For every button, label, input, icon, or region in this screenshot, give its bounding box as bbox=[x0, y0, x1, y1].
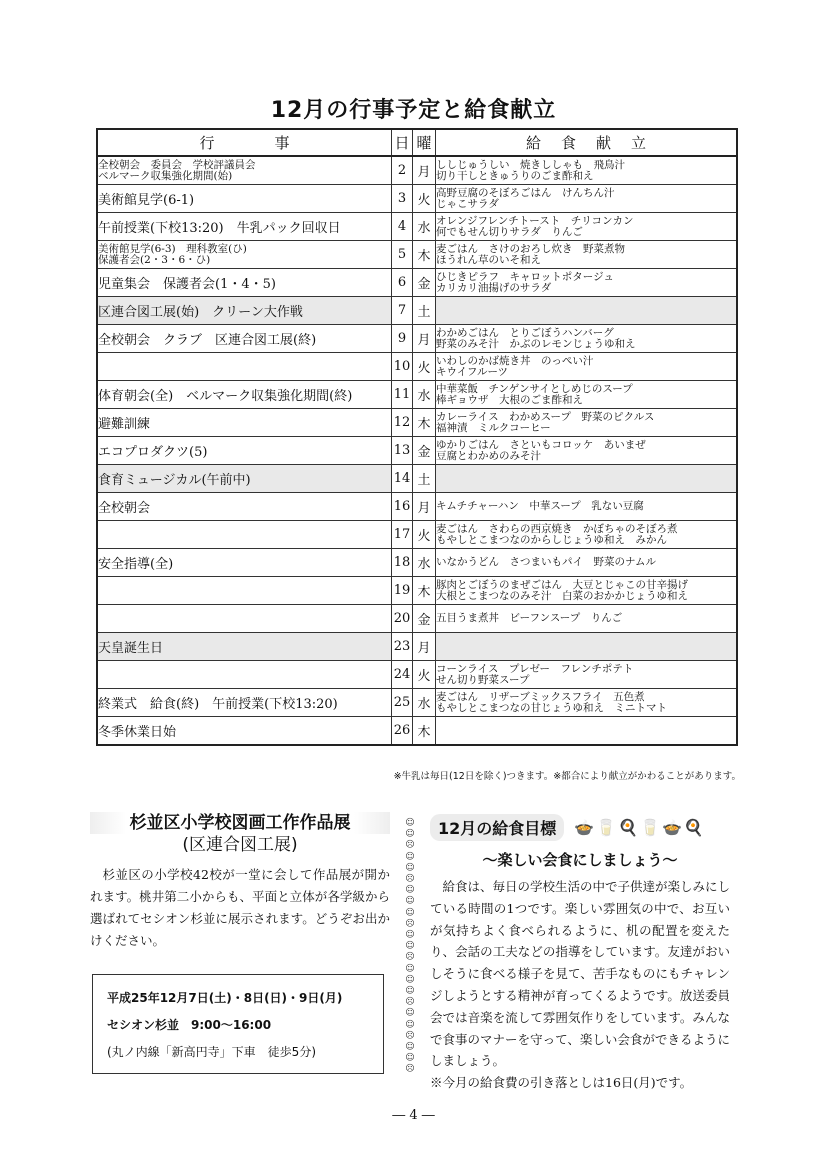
event-cell: 児童集会 保護者会(1・4・5) bbox=[97, 269, 392, 297]
day-cell: 16 bbox=[392, 493, 413, 521]
weekday-cell: 月 bbox=[413, 493, 436, 521]
table-row: 区連合図工展(始) クリーン大作戦7土 bbox=[97, 297, 737, 325]
table-row: 冬季休業日始26木 bbox=[97, 717, 737, 746]
food-icons: 🍲🥛🍳🥛🍲🍳 bbox=[574, 818, 706, 837]
day-cell: 6 bbox=[392, 269, 413, 297]
lunch-fee-note: ※今月の給食費の引き落としは16日(月)です。 bbox=[430, 1072, 730, 1094]
schedule-body: 全校朝会 委員会 学校評議員会 ベルマーク収集強化期間(始)2月ししじゅうしい … bbox=[97, 156, 737, 745]
page-title: 12月の行事予定と給食献立 bbox=[0, 93, 827, 124]
day-cell: 2 bbox=[392, 156, 413, 185]
event-cell: 避難訓練 bbox=[97, 409, 392, 437]
menu-cell: オレンジフレンチトースト チリコンカン 何でもせん切りサラダ りんご bbox=[436, 213, 738, 241]
event-cell bbox=[97, 577, 392, 605]
event-cell: 食育ミュージカル(午前中) bbox=[97, 465, 392, 493]
menu-cell: キムチチャーハン 中華スープ 乳ない豆腐 bbox=[436, 493, 738, 521]
table-row: 食育ミュージカル(午前中)14土 bbox=[97, 465, 737, 493]
event-cell: 安全指導(全) bbox=[97, 549, 392, 577]
menu-cell: ひじきピラフ キャロットポタージュ カリカリ油揚げのサラダ bbox=[436, 269, 738, 297]
menu-cell: いなかうどん さつまいもパイ 野菜のナムル bbox=[436, 549, 738, 577]
event-cell: 美術館見学(6-1) bbox=[97, 185, 392, 213]
event-cell: 終業式 給食(終) 午前授業(下校13:20) bbox=[97, 689, 392, 717]
day-cell: 26 bbox=[392, 717, 413, 746]
lunch-goal-title: 12月の給食目標 bbox=[430, 814, 564, 841]
day-cell: 13 bbox=[392, 437, 413, 465]
exhibition-venue-time: セシオン杉並 9:00～16:00 bbox=[107, 1012, 383, 1039]
table-header-row: 行事 日 曜 給食献立 bbox=[97, 129, 737, 156]
menu-cell: いわしのかば焼き丼 のっぺい汁 キウイフルーツ bbox=[436, 353, 738, 381]
exhibition-date: 平成25年12月7日(土)・8日(日)・9日(月) bbox=[107, 985, 383, 1012]
table-row: 避難訓練12木カレーライス わかめスープ 野菜のピクルス 福神漬 ミルクコーヒー bbox=[97, 409, 737, 437]
header-event: 行事 bbox=[97, 129, 392, 156]
weekday-cell: 木 bbox=[413, 717, 436, 746]
table-row: 午前授業(下校13:20) 牛乳パック回収日4水オレンジフレンチトースト チリコ… bbox=[97, 213, 737, 241]
table-row: 全校朝会16月キムチチャーハン 中華スープ 乳ない豆腐 bbox=[97, 493, 737, 521]
day-cell: 24 bbox=[392, 661, 413, 689]
event-cell bbox=[97, 353, 392, 381]
menu-cell: コーンライス プレゼー フレンチポテト せん切り野菜スープ bbox=[436, 661, 738, 689]
menu-cell: 麦ごはん さけのおろし炊き 野菜煮物 ほうれん草のいそ和え bbox=[436, 241, 738, 269]
day-cell: 17 bbox=[392, 521, 413, 549]
table-row: 17火麦ごはん さわらの西京焼き かぼちゃのそぼろ煮 もやしとこまつなのからしじ… bbox=[97, 521, 737, 549]
table-row: 10火いわしのかば焼き丼 のっぺい汁 キウイフルーツ bbox=[97, 353, 737, 381]
menu-cell: ししじゅうしい 焼きししゃも 飛鳥汁 切り干しときゅうりのごま酢和え bbox=[436, 156, 738, 185]
weekday-cell: 土 bbox=[413, 297, 436, 325]
header-menu: 給食献立 bbox=[436, 129, 738, 156]
menu-cell: 麦ごはん さわらの西京焼き かぼちゃのそぼろ煮 もやしとこまつなのからしじょうゆ… bbox=[436, 521, 738, 549]
menu-cell: カレーライス わかめスープ 野菜のピクルス 福神漬 ミルクコーヒー bbox=[436, 409, 738, 437]
day-cell: 23 bbox=[392, 633, 413, 661]
event-cell: 全校朝会 bbox=[97, 493, 392, 521]
day-cell: 5 bbox=[392, 241, 413, 269]
day-cell: 10 bbox=[392, 353, 413, 381]
menu-cell: 豚肉とごぼうのまぜごはん 大豆とじゃこの甘辛揚げ 大根とこまつなのみそ汁 白菜の… bbox=[436, 577, 738, 605]
table-row: 19木豚肉とごぼうのまぜごはん 大豆とじゃこの甘辛揚げ 大根とこまつなのみそ汁 … bbox=[97, 577, 737, 605]
weekday-cell: 月 bbox=[413, 156, 436, 185]
menu-cell bbox=[436, 717, 738, 746]
event-cell: 天皇誕生日 bbox=[97, 633, 392, 661]
schedule-table: 行事 日 曜 給食献立 全校朝会 委員会 学校評議員会 ベルマーク収集強化期間(… bbox=[96, 128, 738, 746]
lunch-goal-subtitle: ～楽しい会食にしましょう～ bbox=[430, 849, 730, 870]
table-row: エコプロダクツ(5)13金ゆかりごはん さといもコロッケ あいまぜ 豆腐とわかめ… bbox=[97, 437, 737, 465]
smiley-divider-icon: ☺☺☹☺☺☹☺☺☺☹☺☺☹☺☺☺☹☺☺☹☺☺☹ bbox=[404, 818, 416, 1076]
weekday-cell: 水 bbox=[413, 689, 436, 717]
exhibition-title: 杉並区小学校図画工作作品展 bbox=[90, 812, 390, 834]
menu-cell: 五目うま煮丼 ビーフンスープ りんご bbox=[436, 605, 738, 633]
day-cell: 25 bbox=[392, 689, 413, 717]
day-cell: 9 bbox=[392, 325, 413, 353]
exhibition-body: 杉並区の小学校42校が一堂に会して作品展が開かれます。桃井第二小からも、平面と立… bbox=[90, 864, 390, 952]
menu-cell: 中華菜飯 チンゲンサイとしめじのスープ 棒ギョウザ 大根のごま酢和え bbox=[436, 381, 738, 409]
exhibition-subtitle: (区連合図工展) bbox=[90, 834, 390, 856]
weekday-cell: 月 bbox=[413, 325, 436, 353]
weekday-cell: 金 bbox=[413, 269, 436, 297]
day-cell: 19 bbox=[392, 577, 413, 605]
weekday-cell: 水 bbox=[413, 381, 436, 409]
header-weekday: 曜 bbox=[413, 129, 436, 156]
day-cell: 12 bbox=[392, 409, 413, 437]
event-cell: 冬季休業日始 bbox=[97, 717, 392, 746]
event-cell bbox=[97, 521, 392, 549]
weekday-cell: 木 bbox=[413, 577, 436, 605]
day-cell: 14 bbox=[392, 465, 413, 493]
event-cell: 美術館見学(6-3) 理科教室(ひ) 保護者会(2・3・6・ひ) bbox=[97, 241, 392, 269]
weekday-cell: 金 bbox=[413, 437, 436, 465]
weekday-cell: 火 bbox=[413, 521, 436, 549]
weekday-cell: 火 bbox=[413, 353, 436, 381]
menu-cell: ゆかりごはん さといもコロッケ あいまぜ 豆腐とわかめのみそ汁 bbox=[436, 437, 738, 465]
weekday-cell: 月 bbox=[413, 633, 436, 661]
exhibition-access: (丸ノ内線「新高円寺」下車 徒歩5分) bbox=[107, 1039, 383, 1066]
table-row: 美術館見学(6-1)3火高野豆腐のそぼろごはん けんちん汁 じゃこサラダ bbox=[97, 185, 737, 213]
weekday-cell: 水 bbox=[413, 549, 436, 577]
table-note: ※牛乳は毎日(12日を除く)つきます。※都合により献立がかわることがあります。 bbox=[394, 768, 741, 782]
table-row: 20金五目うま煮丼 ビーフンスープ りんご bbox=[97, 605, 737, 633]
header-day: 日 bbox=[392, 129, 413, 156]
event-cell: 体育朝会(全) ベルマーク収集強化期間(終) bbox=[97, 381, 392, 409]
table-row: 24火コーンライス プレゼー フレンチポテト せん切り野菜スープ bbox=[97, 661, 737, 689]
day-cell: 3 bbox=[392, 185, 413, 213]
weekday-cell: 水 bbox=[413, 213, 436, 241]
menu-cell: 高野豆腐のそぼろごはん けんちん汁 じゃこサラダ bbox=[436, 185, 738, 213]
exhibition-section: 杉並区小学校図画工作作品展 (区連合図工展) 杉並区の小学校42校が一堂に会して… bbox=[90, 812, 390, 952]
exhibition-info-box: 平成25年12月7日(土)・8日(日)・9日(月) セシオン杉並 9:00～16… bbox=[92, 974, 384, 1074]
table-row: 全校朝会 委員会 学校評議員会 ベルマーク収集強化期間(始)2月ししじゅうしい … bbox=[97, 156, 737, 185]
table-row: 終業式 給食(終) 午前授業(下校13:20)25水麦ごはん リザーブミックスフ… bbox=[97, 689, 737, 717]
event-cell: 全校朝会 クラブ 区連合図工展(終) bbox=[97, 325, 392, 353]
lunch-goal-section: 12月の給食目標 🍲🥛🍳🥛🍲🍳 ～楽しい会食にしましょう～ 給食は、毎日の学校生… bbox=[430, 814, 730, 1094]
day-cell: 18 bbox=[392, 549, 413, 577]
table-row: 天皇誕生日23月 bbox=[97, 633, 737, 661]
event-cell: 全校朝会 委員会 学校評議員会 ベルマーク収集強化期間(始) bbox=[97, 156, 392, 185]
day-cell: 20 bbox=[392, 605, 413, 633]
weekday-cell: 火 bbox=[413, 661, 436, 689]
table-row: 安全指導(全)18水いなかうどん さつまいもパイ 野菜のナムル bbox=[97, 549, 737, 577]
table-row: 児童集会 保護者会(1・4・5)6金ひじきピラフ キャロットポタージュ カリカリ… bbox=[97, 269, 737, 297]
weekday-cell: 木 bbox=[413, 409, 436, 437]
event-cell: 区連合図工展(始) クリーン大作戦 bbox=[97, 297, 392, 325]
menu-cell bbox=[436, 297, 738, 325]
table-row: 体育朝会(全) ベルマーク収集強化期間(終)11水中華菜飯 チンゲンサイとしめじ… bbox=[97, 381, 737, 409]
lunch-goal-body: 給食は、毎日の学校生活の中で子供達が楽しみにしている時間の1つです。楽しい雰囲気… bbox=[430, 876, 730, 1072]
event-cell: 午前授業(下校13:20) 牛乳パック回収日 bbox=[97, 213, 392, 241]
weekday-cell: 火 bbox=[413, 185, 436, 213]
weekday-cell: 土 bbox=[413, 465, 436, 493]
table-row: 美術館見学(6-3) 理科教室(ひ) 保護者会(2・3・6・ひ)5木麦ごはん さ… bbox=[97, 241, 737, 269]
day-cell: 11 bbox=[392, 381, 413, 409]
weekday-cell: 金 bbox=[413, 605, 436, 633]
event-cell bbox=[97, 661, 392, 689]
table-row: 全校朝会 クラブ 区連合図工展(終)9月わかめごはん とりごぼうハンバーグ 野菜… bbox=[97, 325, 737, 353]
day-cell: 4 bbox=[392, 213, 413, 241]
menu-cell: わかめごはん とりごぼうハンバーグ 野菜のみそ汁 かぶのレモンじょうゆ和え bbox=[436, 325, 738, 353]
event-cell: エコプロダクツ(5) bbox=[97, 437, 392, 465]
day-cell: 7 bbox=[392, 297, 413, 325]
page-number: ― 4 ― bbox=[0, 1108, 827, 1123]
menu-cell bbox=[436, 465, 738, 493]
menu-cell bbox=[436, 633, 738, 661]
event-cell bbox=[97, 605, 392, 633]
weekday-cell: 木 bbox=[413, 241, 436, 269]
menu-cell: 麦ごはん リザーブミックスフライ 五色煮 もやしとこまつなの甘じょうゆ和え ミニ… bbox=[436, 689, 738, 717]
